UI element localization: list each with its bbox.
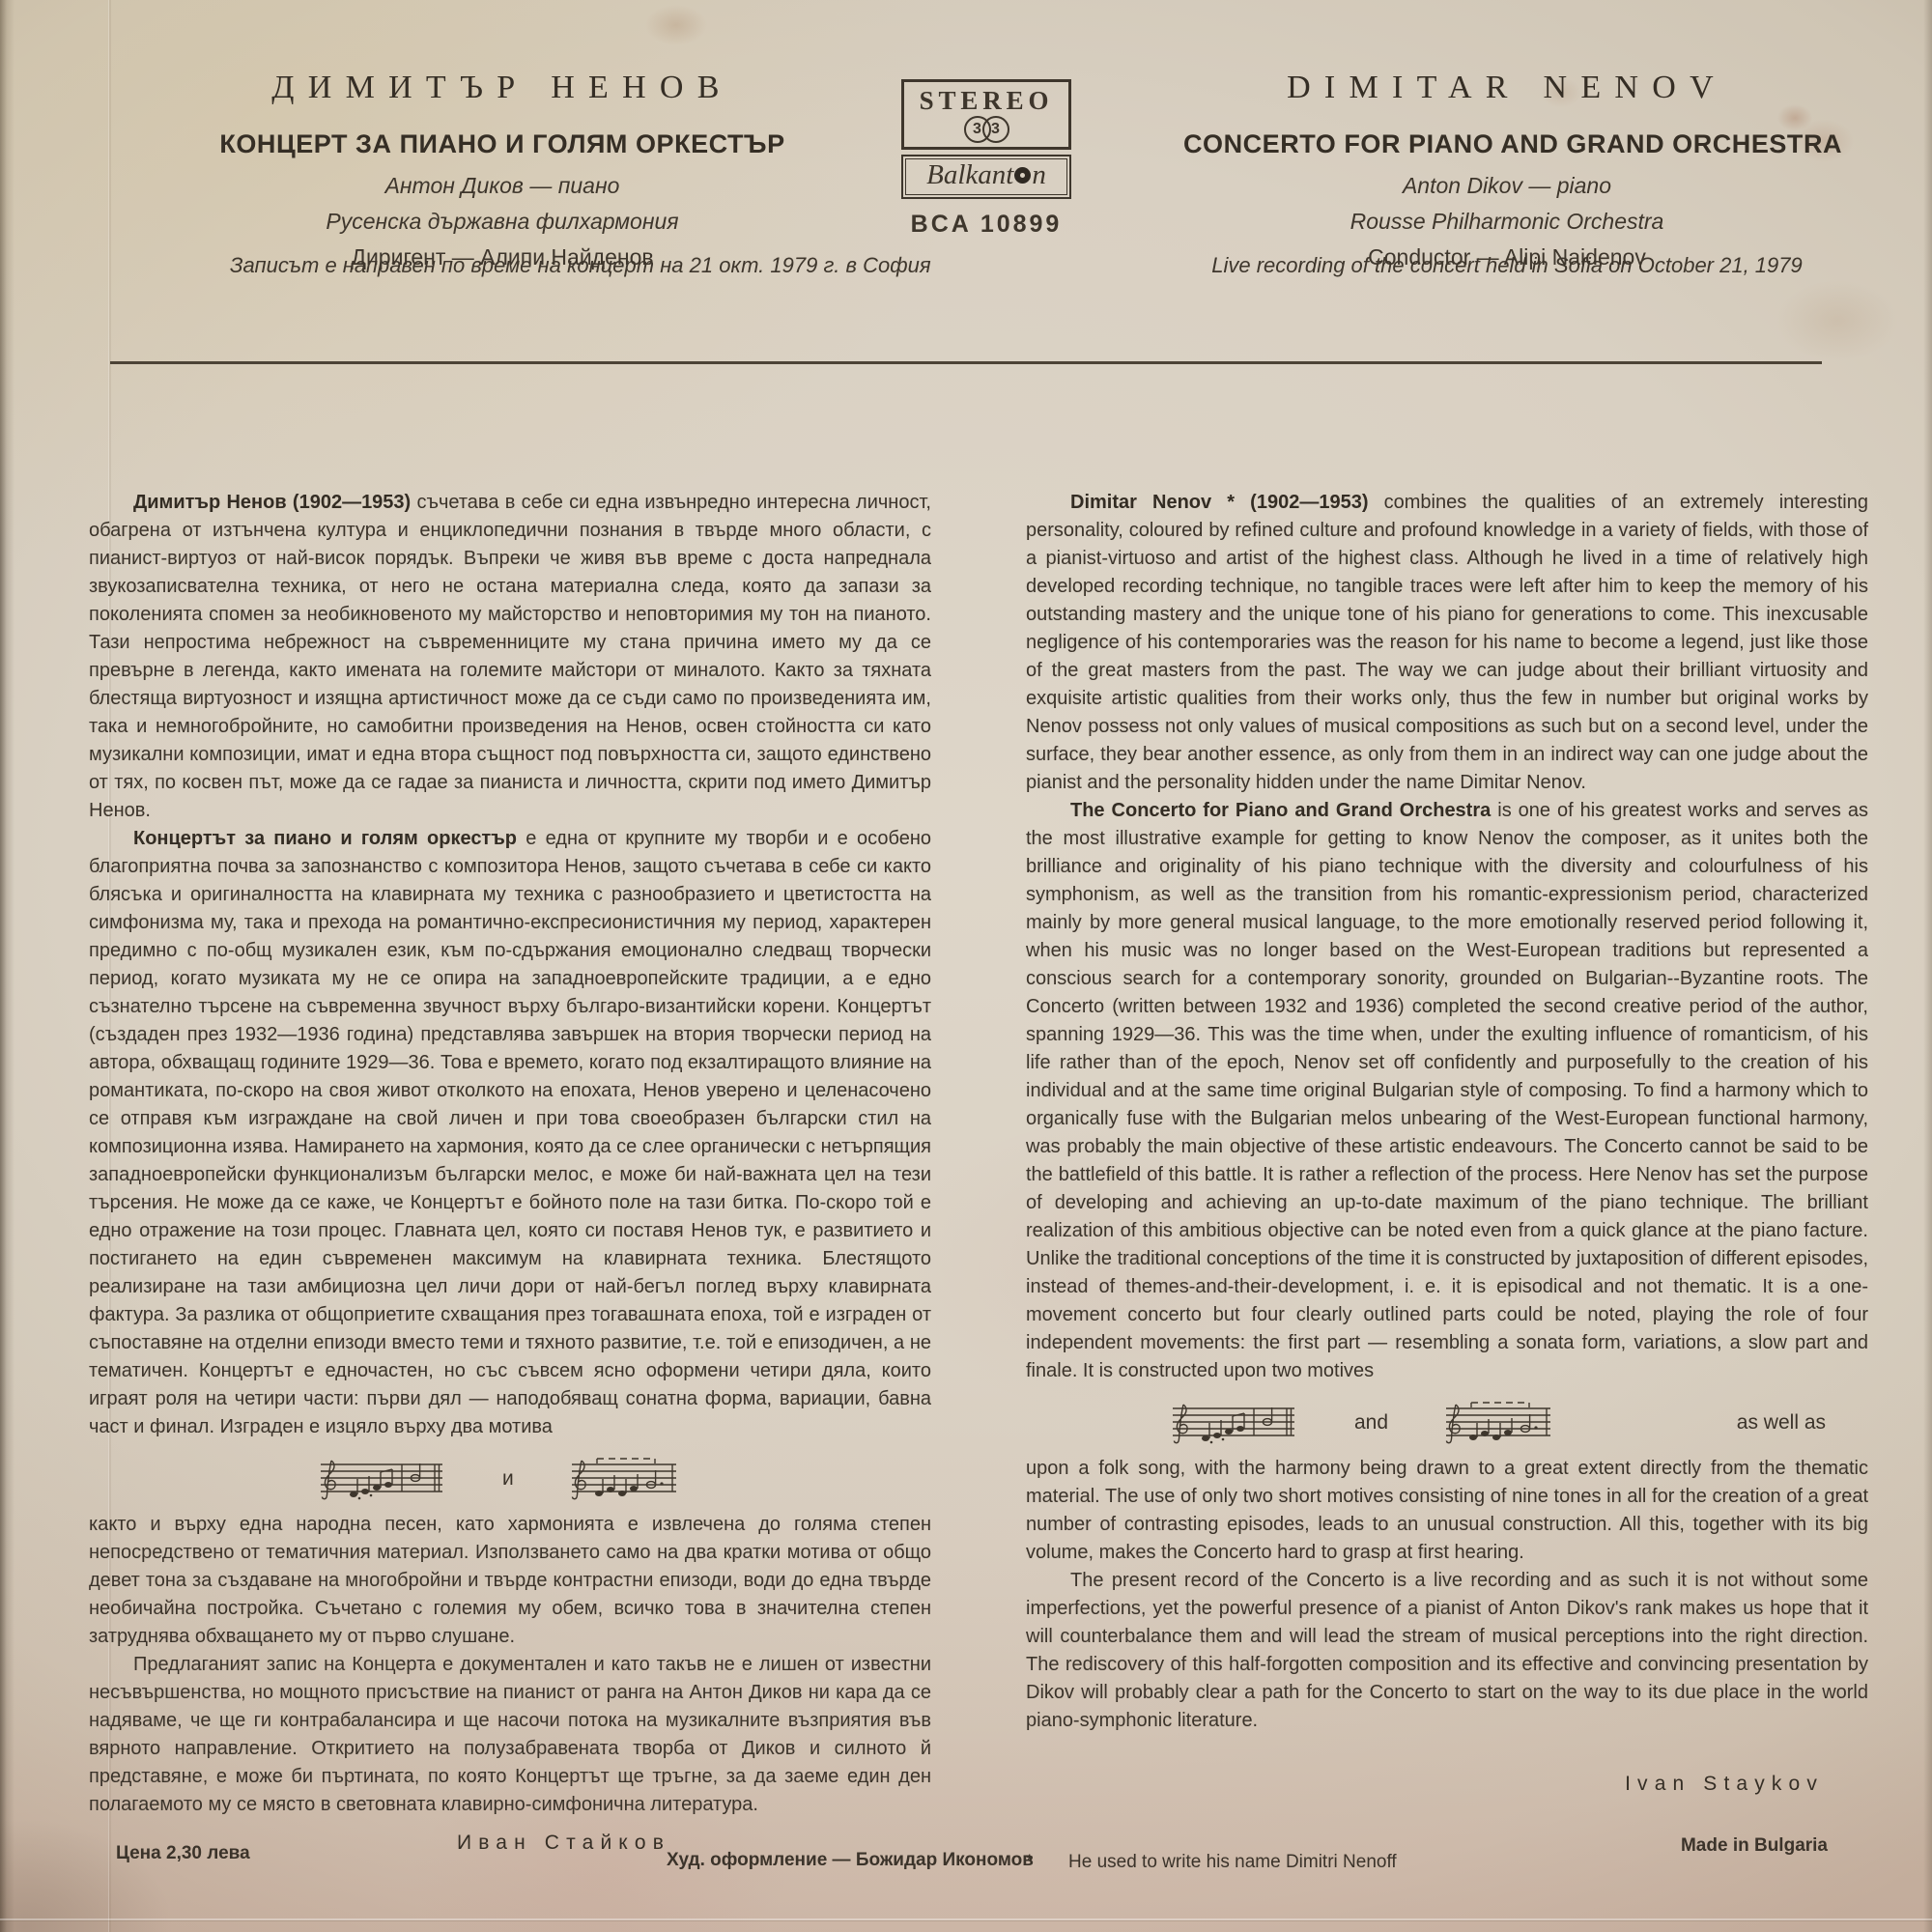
album-title-en: CONCERTO FOR PIANO AND GRAND ORCHESTRA [1183,129,1831,159]
credit-orchestra-bg: Русенска държавна филхармония [208,209,797,235]
catalog-number: BCA 10899 [901,211,1071,239]
header-bulgarian: ДИМИТЪР НЕНОВ КОНЦЕРТ ЗА ПИАНО И ГОЛЯМ О… [208,70,797,270]
credit-orchestra-en: Rousse Philharmonic Orchestra [1183,209,1831,235]
musical-motifs-row-bg: и [89,1455,931,1501]
paragraph-en-3: upon a folk song, with the harmony being… [1026,1455,1868,1567]
paragraph-bg-2: Концертът за пиано и голям оркестър е ед… [89,825,931,1441]
artist-name-bg: ДИМИТЪР НЕНОВ [208,70,797,106]
paragraph-en-1-lead: Dimitar Nenov * (1902—1953) [1070,492,1368,513]
credit-piano-en: Anton Dikov — piano [1183,173,1831,199]
motif-suffix-en: as well as [1737,1408,1826,1436]
brand-box: Balkantn [901,155,1071,199]
artist-name-en: DIMITAR NENOV [1183,70,1831,106]
musical-motif-icon [319,1455,446,1501]
stereo-label: STEREO [908,88,1065,114]
credit-piano-bg: Антон Диков — пиано [208,173,797,199]
album-title-bg: КОНЦЕРТ ЗА ПИАНО И ГОЛЯМ ОРКЕСТЪР [208,129,797,159]
musical-motif-icon [1444,1399,1554,1445]
paragraph-bg-1-lead: Димитър Ненов (1902—1953) [133,492,411,513]
record-dot-icon [1014,167,1031,184]
motif-connector-bg: и [502,1464,514,1492]
bulgarian-liner-notes: Димитър Ненов (1902—1953) съчетава в себ… [89,489,931,1857]
stereo-303-icon: 3 3 [908,116,1065,145]
musical-motif-icon [1171,1399,1298,1445]
motif-connector-en: and [1354,1408,1388,1436]
english-liner-notes: Dimitar Nenov * (1902—1953) combines the… [1026,489,1868,1876]
design-credit: Худ. оформление — Божидар Икономов [0,1850,1700,1871]
musical-motif-icon [570,1455,680,1501]
made-in-label: Made in Bulgaria [1642,1835,1828,1857]
paragraph-bg-1: Димитър Ненов (1902—1953) съчетава в себ… [89,489,931,825]
paragraph-en-2-lead: The Concerto for Piano and Grand Orchest… [1070,800,1491,821]
balkanton-logo: STEREO 3 3 Balkantn BCA 10899 [901,79,1071,239]
recording-note-en: Live recording of the concert held in So… [1186,253,1828,278]
paragraph-bg-4: Предлаганият запис на Концерта е докумен… [89,1651,931,1819]
horizontal-crease [0,1918,1932,1920]
divider-rule [110,361,1822,364]
recording-note-bg: Записът е направен по време на концерт н… [230,253,777,278]
header-english: DIMITAR NENOV CONCERTO FOR PIANO AND GRA… [1183,70,1831,270]
musical-motifs-row-en: and as well as [1026,1399,1868,1445]
stereo-logo-box: STEREO 3 3 [901,79,1071,150]
paragraph-en-4: The present record of the Concerto is a … [1026,1567,1868,1735]
paragraph-en-2: The Concerto for Piano and Grand Orchest… [1026,797,1868,1385]
record-sleeve-back: ДИМИТЪР НЕНОВ КОНЦЕРТ ЗА ПИАНО И ГОЛЯМ О… [0,0,1932,1932]
paragraph-bg-3: както и върху една народна песен, като х… [89,1511,931,1651]
brand-name-part: Balkant [926,160,1013,191]
paragraph-en-1: Dimitar Nenov * (1902—1953) combines the… [1026,489,1868,797]
stereo-digit-circle: 3 [982,116,1009,143]
brand-name: Balkantn [905,158,1067,195]
brand-name-part: n [1032,160,1046,191]
author-signature-en: Ivan Staykov [1026,1770,1868,1798]
paragraph-bg-2-lead: Концертът за пиано и голям оркестър [133,828,517,849]
